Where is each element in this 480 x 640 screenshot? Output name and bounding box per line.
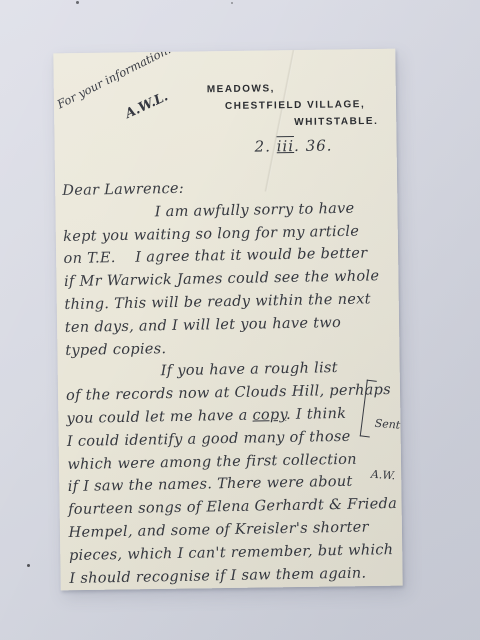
letter-text-segment: ten days, and I will let you have two: [65, 315, 341, 336]
date-day: 2.: [254, 137, 276, 155]
letter-text-segment: which were among the first collection: [67, 451, 357, 472]
letter-body: Dear Lawrence: I am awfully sorry to hav…: [62, 174, 403, 590]
letter-text-segment: I should recognise if I saw them again.: [69, 565, 366, 586]
underlined-word: copy: [252, 407, 286, 424]
letterhead-line-1: MEADOWS,: [207, 83, 275, 95]
date-year: . 36.: [294, 137, 333, 156]
letter-text-segment: If you have a rough list: [161, 360, 338, 379]
letter-text-segment: if Mr Warwick James could see the whole: [64, 268, 380, 290]
letter-text-segment: Hempel, and some of Kreisler's shorter: [68, 519, 368, 540]
letter-text-segment: thing. This will be ready within the nex…: [64, 291, 371, 313]
letter-text-segment: fourteen songs of Elena Gerhardt & Fried…: [68, 496, 397, 518]
letter-text-segment: pieces, which I can't remember, but whic…: [69, 542, 394, 564]
letter-text-segment: if I saw the names. There were about: [68, 474, 353, 495]
letter-paper: For your information. A.W.L. MEADOWS, CH…: [53, 49, 402, 591]
dust-speck: [231, 2, 233, 4]
annotation-initials: A.W.L.: [123, 89, 170, 122]
letter-text-segment: I am awfully sorry to have: [155, 200, 355, 220]
letter-text-segment: I could identify a good many of those: [67, 429, 351, 450]
letterhead-line-3: WHITSTABLE.: [294, 116, 378, 128]
dust-speck: [76, 1, 79, 4]
letter-text-segment: typed copies.: [65, 341, 166, 359]
margin-note-line-2: A.W.: [370, 466, 400, 485]
letter-text-segment: kept you waiting so long for my article: [63, 223, 359, 244]
letter-text-segment: on T.E. I agree that it would be better: [63, 246, 367, 268]
handwritten-date: 2. iii. 36.: [254, 137, 332, 156]
letter-text-segment: of the records now at Clouds Hill, perha…: [66, 382, 391, 404]
paper-crease: [264, 49, 296, 192]
dust-speck: [27, 564, 30, 567]
letter-text-segment: . I think: [286, 406, 346, 423]
letter-text-segment: you could let me have a: [66, 408, 252, 427]
date-month-roman-numeral: iii: [277, 137, 295, 155]
photo-of-letter: For your information. A.W.L. MEADOWS, CH…: [0, 0, 480, 640]
letterhead-line-2: CHESTFIELD VILLAGE,: [225, 99, 365, 112]
margin-note-line-1: Sent.: [374, 415, 403, 434]
